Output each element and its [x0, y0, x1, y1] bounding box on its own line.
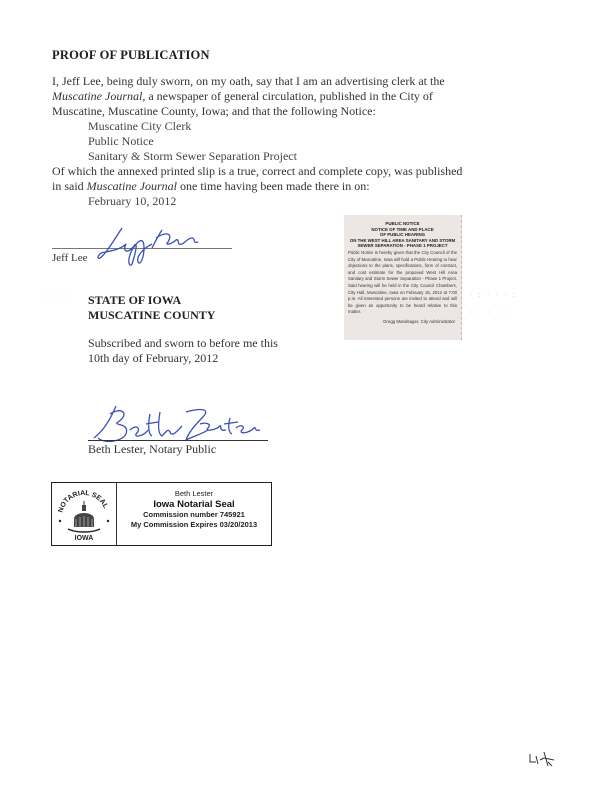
svg-text:IOWA: IOWA: [75, 535, 94, 542]
notice-item-project: Sanitary & Storm Sewer Separation Projec…: [88, 149, 297, 164]
notice-item-public-notice: Public Notice: [88, 134, 154, 149]
notary-caption: Beth Lester, Notary Public: [88, 442, 216, 457]
document-title: PROOF OF PUBLICATION: [52, 48, 210, 63]
notary-seal-stamp: NOTARIAL SEAL IOWA Beth Lester Iowa Nota…: [51, 482, 272, 546]
clipping-headline-line: SEWER SEPARATION - PHASE 1 PROJECT: [344, 243, 461, 249]
jurat-line-1: Subscribed and sworn to before me this: [88, 336, 278, 351]
affidavit-line-1: I, Jeff Lee, being duly sworn, on my oat…: [52, 74, 445, 89]
notarial-seal-emblem: NOTARIAL SEAL IOWA: [52, 483, 117, 545]
clipping-headline: PUBLIC NOTICE NOTICE OF TIME AND PLACE O…: [344, 215, 461, 249]
affidavit-line-2-text: , a newspaper of general circulation, pu…: [142, 89, 433, 103]
scan-artifact: · : · · · :: [470, 290, 517, 299]
venue-county: MUSCATINE COUNTY: [88, 308, 215, 323]
affidavit-line-3: Muscatine, Muscatine County, Iowa; and t…: [52, 104, 376, 119]
notice-item-clerk: Muscatine City Clerk: [88, 119, 191, 134]
newspaper-name: Muscatine Journal: [52, 89, 142, 103]
seal-commission-number: Commission number 745921: [117, 510, 271, 520]
capitol-dome-icon: NOTARIAL SEAL IOWA: [52, 483, 116, 545]
notary-signature-line: [88, 440, 268, 441]
scan-artifact: · · · ·: [40, 292, 71, 301]
clipping-signature: Gregg Mandsager, City Administrator: [344, 319, 461, 324]
clipping-body: Public Notice is hereby given that the C…: [344, 249, 461, 316]
newspaper-name-2: Muscatine Journal: [87, 179, 177, 193]
seal-notary-name: Beth Lester: [117, 489, 271, 499]
affiant-name: Jeff Lee: [52, 252, 88, 264]
affidavit-line-5-post: one time having been made there in on:: [177, 179, 370, 193]
seal-commission-expires: My Commission Expires 03/20/2013: [117, 520, 271, 530]
affiant-signature-image: [92, 222, 212, 268]
affidavit-line-5: in said Muscatine Journal one time havin…: [52, 179, 370, 194]
venue-state: STATE OF IOWA: [88, 293, 181, 308]
affidavit-line-5-pre: in said: [52, 179, 87, 193]
newspaper-clipping: PUBLIC NOTICE NOTICE OF TIME AND PLACE O…: [344, 215, 462, 340]
jurat-line-2: 10th day of February, 2012: [88, 351, 218, 366]
notary-seal-info: Beth Lester Iowa Notarial Seal Commissio…: [117, 483, 271, 545]
affidavit-line-4: Of which the annexed printed slip is a t…: [52, 164, 462, 179]
scan-artifact: · · · · ·: [470, 308, 509, 317]
affidavit-line-2: Muscatine Journal, a newspaper of genera…: [52, 89, 433, 104]
handwritten-page-mark: [528, 750, 558, 770]
seal-heading: Iowa Notarial Seal: [117, 499, 271, 510]
publication-date: February 10, 2012: [88, 194, 176, 209]
